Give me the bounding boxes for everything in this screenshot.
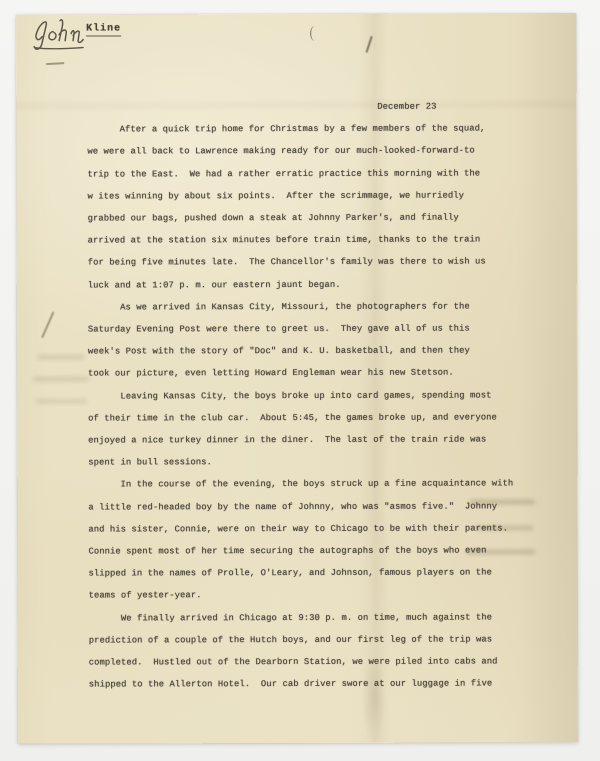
stray-pen-arc <box>310 26 318 41</box>
typed-line: for being five minutes late. The Chancel… <box>88 251 558 274</box>
letter-body: December 23 After a quick trip home for … <box>87 95 559 696</box>
handwritten-signature: John <box>29 15 93 65</box>
typed-line: Saturday Evening Post were there to gree… <box>88 317 558 340</box>
typed-line: luck and at 1:07 p. m. our eastern jaunt… <box>88 273 558 296</box>
typed-surname: Kline <box>86 23 121 36</box>
typed-line: We finally arrived in Chicago at 9:30 p.… <box>89 606 559 629</box>
typed-line: shipped to the Allerton Hotel. Our cab d… <box>89 673 559 696</box>
scan-background: John Kline December 23 After a quick tri… <box>0 0 600 761</box>
typed-line: enjoyed a nice turkey dinner in the dine… <box>88 428 558 451</box>
date-line: December 23 <box>87 95 557 118</box>
typed-line: w ites winning by about six points. Afte… <box>87 184 557 207</box>
typed-line: of their time in the club car. About 5:4… <box>88 406 558 429</box>
typed-line: completed. Hustled out of the Dearborn S… <box>89 650 559 673</box>
typed-line: and his sister, Connie, were on their wa… <box>88 517 558 540</box>
typed-line: week's Post with the story of "Doc" and … <box>88 340 558 363</box>
ink-bleed-mark <box>35 399 87 404</box>
typed-line: As we arrived in Kansas City, Missouri, … <box>88 295 558 318</box>
typed-line: In the course of the evening, the boys s… <box>88 473 558 496</box>
typed-line: Connie spent most of her time securing t… <box>88 539 558 562</box>
typed-line: spent in bull sessions. <box>88 451 558 474</box>
typed-line: prediction of a couple of the Hutch boys… <box>89 628 559 651</box>
pencil-slash-mark <box>41 312 54 338</box>
typed-line: trip to the East. We had a rather errati… <box>87 162 557 185</box>
typed-line: Leaving Kansas City, the boys broke up i… <box>88 384 558 407</box>
ink-bleed-mark <box>37 355 85 360</box>
typed-line: grabbed our bags, pushed down a steak at… <box>88 206 558 229</box>
typed-line: a little red-headed boy by the name of J… <box>88 495 558 518</box>
ink-bleed-mark <box>33 377 89 382</box>
typed-line: teams of yester-year. <box>89 584 559 607</box>
typed-line: After a quick trip home for Christmas by… <box>87 118 557 141</box>
typed-line: took our picture, even letting Howard En… <box>88 362 558 385</box>
typed-line: slipped in the names of Prolle, O'Leary,… <box>88 562 558 585</box>
document-page: John Kline December 23 After a quick tri… <box>16 13 578 743</box>
typed-lines: After a quick trip home for Christmas by… <box>87 118 559 697</box>
typed-line: we were all back to Lawrence making read… <box>87 140 557 163</box>
typed-line: arrived at the station six minutes befor… <box>88 229 558 252</box>
